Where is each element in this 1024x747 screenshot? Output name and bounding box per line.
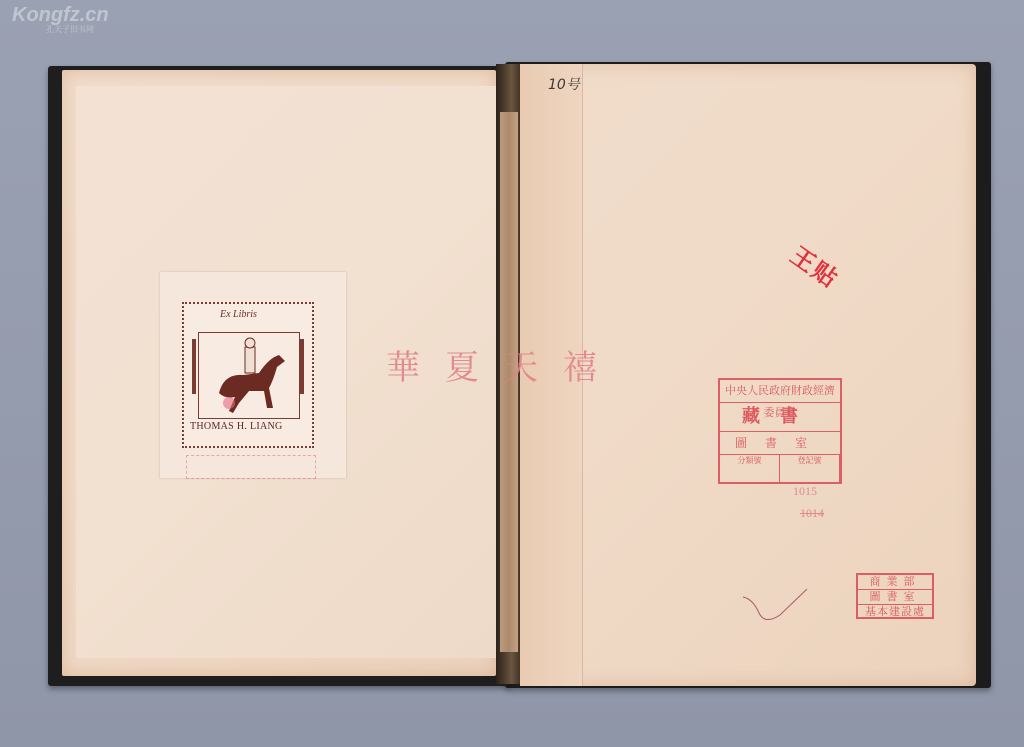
small-stamp-line3: 基本建設處: [858, 605, 932, 619]
stamp-registration-label: 登記號: [780, 455, 840, 483]
faded-stamp: [186, 455, 316, 479]
small-stamp-line1: 商業部: [858, 575, 932, 590]
small-stamp-line2: 圖書室: [858, 590, 932, 605]
stamp-library: 圖書室: [720, 432, 840, 455]
crossed-number: 1014: [800, 506, 824, 521]
torch-right-icon: [300, 339, 304, 394]
overlay-watermark-text: 華夏天禧: [386, 340, 622, 389]
watermark-brand: Kongfz.cn: [12, 4, 109, 26]
ex-libris-bookplate: Ex Libris THOMAS H. LIANG: [182, 302, 314, 448]
stamp-fields: 分類號 登記號: [720, 455, 840, 483]
pencil-mark: [735, 585, 815, 625]
handwritten-note: 10号: [548, 74, 580, 94]
horse-rider-icon: [199, 333, 299, 418]
stamp-classification-label: 分類號: [720, 455, 780, 483]
accession-number: 1015: [793, 484, 817, 499]
torch-left-icon: [192, 339, 196, 394]
bookplate-owner-name: THOMAS H. LIANG: [190, 421, 283, 432]
site-watermark: Kongfz.cn 孔夫子旧书网: [12, 4, 109, 35]
commerce-ministry-stamp: 商業部 圖書室 基本建設處: [856, 573, 934, 619]
library-stamp: 中央人民政府財政經濟委員會 藏書 圖書室 分類號 登記號: [718, 378, 842, 484]
stamp-collection: 藏書: [720, 403, 840, 432]
ex-libris-label: Ex Libris: [220, 309, 257, 320]
stamp-org: 中央人民政府財政經濟委員會: [720, 380, 840, 403]
horse-rider-illustration: [198, 332, 300, 419]
